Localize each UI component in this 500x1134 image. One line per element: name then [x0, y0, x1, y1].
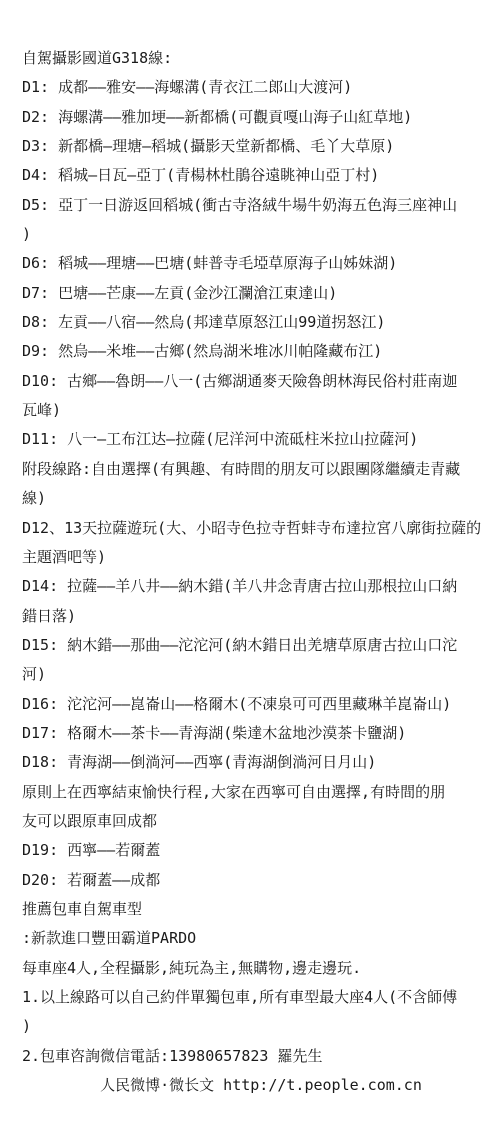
footer-attribution: 人民微博·微长文http://t.people.com.cn [22, 1071, 500, 1100]
footer-brand-label: 人民微博·微长文 [100, 1076, 214, 1094]
text-line: D7: 巴塘——芒康——左貢(金沙江瀾滄江東達山) [22, 279, 500, 308]
text-line: D8: 左貢——八宿——然烏(邦達草原怒江山99道拐怒江) [22, 308, 500, 337]
text-line: ) [22, 220, 500, 249]
text-line: D6: 稻城——理塘——巴塘(蚌普寺毛埡草原海子山姊妹湖) [22, 249, 500, 278]
text-line: D9: 然烏——米堆——古鄉(然烏湖米堆冰川帕隆藏布江) [22, 337, 500, 366]
text-line: 錯日落) [22, 602, 500, 631]
text-line: 2.包車咨詢微信電話:13980657823 羅先生 [22, 1042, 500, 1071]
text-line: D16: 沱沱河——崑崙山——格爾木(不凍泉可可西里藏琳羊崑崙山) [22, 690, 500, 719]
text-line: D17: 格爾木——茶卡——青海湖(柴達木盆地沙漠茶卡鹽湖) [22, 719, 500, 748]
text-line: 自駕攝影國道G318線: [22, 44, 500, 73]
text-line: 主題酒吧等) [22, 543, 500, 572]
text-line: D5: 亞丁一日游返回稻城(衝古寺洛絨牛場牛奶海五色海三座神山 [22, 191, 500, 220]
text-line: 友可以跟原車回成都 [22, 807, 500, 836]
text-line: 1.以上線路可以自己約伴單獨包車,所有車型最大座4人(不含師傅 [22, 983, 500, 1012]
text-line: D20: 若爾蓋——成都 [22, 866, 500, 895]
text-line: 推薦包車自駕車型 [22, 895, 500, 924]
text-line: 線) [22, 484, 500, 513]
text-line: D4: 稻城—日瓦—亞丁(青楊林杜鵑谷遠眺神山亞丁村) [22, 161, 500, 190]
text-line: D11: 八一—工布江达—拉薩(尼洋河中流砥柱米拉山拉薩河) [22, 425, 500, 454]
text-line: 每車座4人,全程攝影,純玩為主,無購物,邊走邊玩. [22, 954, 500, 983]
footer-url: http://t.people.com.cn [223, 1076, 422, 1094]
text-line: D1: 成都——雅安——海螺溝(青衣江二郎山大渡河) [22, 73, 500, 102]
text-line: D19: 西寧——若爾蓋 [22, 836, 500, 865]
text-line: 原則上在西寧結束愉快行程,大家在西寧可自由選擇,有時間的朋 [22, 778, 500, 807]
text-line: D14: 拉薩——羊八井——納木錯(羊八井念青唐古拉山那根拉山口納 [22, 572, 500, 601]
text-line: 附段線路:自由選擇(有興趣、有時間的朋友可以跟團隊繼續走青藏 [22, 455, 500, 484]
text-line: D15: 納木錯——那曲——沱沱河(納木錯日出羌塘草原唐古拉山口沱 [22, 631, 500, 660]
text-line: D10: 古鄉——魯朗——八一(古鄉湖通麥天險魯朗林海民俗村莊南迦 [22, 367, 500, 396]
text-line: :新款進口豐田霸道PARDO [22, 924, 500, 953]
text-line: D18: 青海湖——倒淌河——西寧(青海湖倒淌河日月山) [22, 748, 500, 777]
text-line: D12、13天拉薩遊玩(大、小昭寺色拉寺哲蚌寺布達拉宮八廓街拉薩的 [22, 514, 500, 543]
text-line: D2: 海螺溝——雅加埂——新都橋(可觀貢嘎山海子山紅草地) [22, 103, 500, 132]
article-body: 自駕攝影國道G318線:D1: 成都——雅安——海螺溝(青衣江二郎山大渡河)D2… [22, 44, 500, 1071]
text-line: 瓦峰) [22, 396, 500, 425]
text-line: 河) [22, 660, 500, 689]
text-line: ) [22, 1012, 500, 1041]
text-line: D3: 新都橋—理塘—稻城(攝影天堂新都橋、毛丫大草原) [22, 132, 500, 161]
article: 自駕攝影國道G318線:D1: 成都——雅安——海螺溝(青衣江二郎山大渡河)D2… [22, 44, 500, 1100]
